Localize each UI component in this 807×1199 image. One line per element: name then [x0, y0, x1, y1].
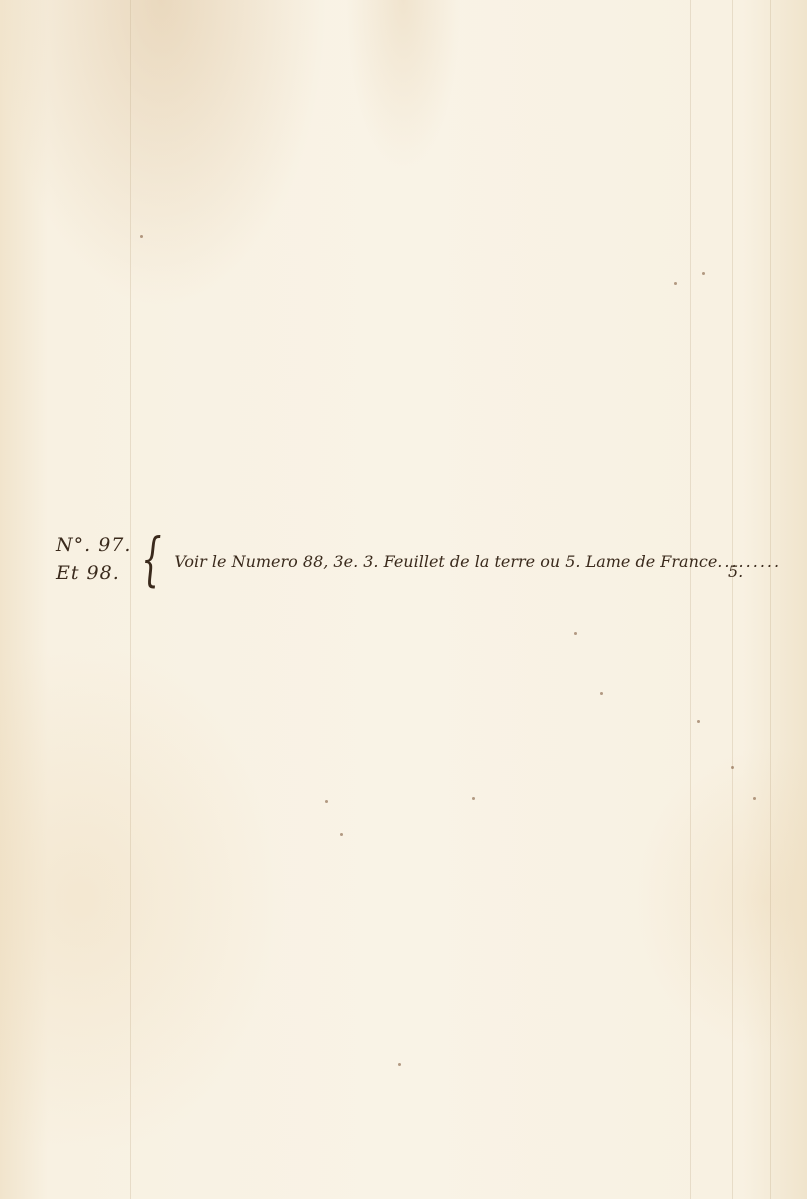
- foxing-speck: [140, 235, 143, 238]
- entry-numbers: N°. 97. Et 98.: [56, 531, 131, 587]
- margin-rule-right-2: [732, 0, 733, 1199]
- margin-rule-right-3: [770, 0, 771, 1199]
- foxing-speck: [398, 1063, 401, 1066]
- entry-number-1: N°. 97.: [56, 531, 131, 559]
- foxing-speck: [697, 720, 700, 723]
- dot-leader: .........: [717, 552, 781, 571]
- entry-amount: 5.: [728, 562, 743, 581]
- foxing-speck: [472, 797, 475, 800]
- entry-description: Voir le Numero 88, 3e. 3. Feuillet de la…: [174, 552, 717, 571]
- ledger-entry: N°. 97. Et 98. { Voir le Numero 88, 3e. …: [56, 530, 781, 588]
- foxing-speck: [753, 797, 756, 800]
- curly-brace-icon: {: [142, 530, 162, 588]
- foxing-speck: [574, 632, 577, 635]
- foxing-speck: [674, 282, 677, 285]
- foxing-speck: [731, 766, 734, 769]
- foxing-speck: [340, 833, 343, 836]
- foxing-speck: [325, 800, 328, 803]
- entry-text: Voir le Numero 88, 3e. 3. Feuillet de la…: [174, 552, 781, 571]
- entry-number-2: Et 98.: [56, 559, 131, 587]
- foxing-speck: [702, 272, 705, 275]
- foxing-speck: [600, 692, 603, 695]
- manuscript-page: N°. 97. Et 98. { Voir le Numero 88, 3e. …: [0, 0, 807, 1199]
- margin-rule-right-1: [690, 0, 691, 1199]
- margin-rule-left: [130, 0, 131, 1199]
